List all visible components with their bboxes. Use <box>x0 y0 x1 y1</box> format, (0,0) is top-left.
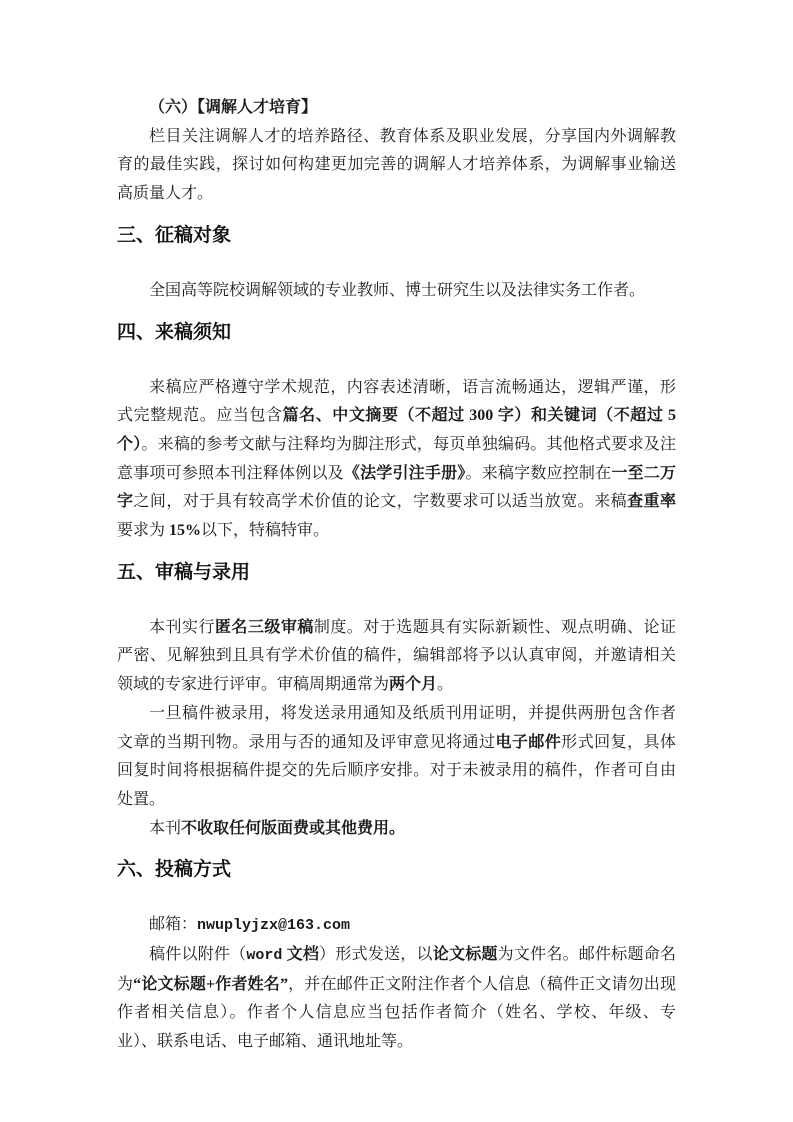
text-run: 查重率 <box>627 493 676 510</box>
paragraph-submission-instructions: 稿件以附件（word 文档）形式发送，以论文标题为文件名。邮件标题命名为“论文标… <box>117 941 676 1057</box>
text-run: 要求为 <box>117 522 169 539</box>
section-heading-how-to-submit: 六、投稿方式 <box>117 855 676 885</box>
text-run: 本刊 <box>149 820 181 837</box>
text-run: 之间，对于具有较高学术价值的论文，字数要求可以适当放宽。来稿 <box>133 493 627 510</box>
text-run: 电子邮件 <box>495 734 561 751</box>
section-heading-review-and-acceptance: 五、审稿与录用 <box>117 558 676 588</box>
text-run: 《法学引注手册》 <box>344 465 466 482</box>
paragraph-no-fees: 本刊不收取任何版面费或其他费用。 <box>117 815 676 844</box>
text-run: 两个月 <box>389 676 437 693</box>
text-run: 论文标题 <box>433 946 498 963</box>
paragraph-submission-notes: 来稿应严格遵守学术规范，内容表述清晰，语言流畅通达，逻辑严谨，形式完整规范。应当… <box>117 374 676 546</box>
text-run: 。 <box>437 676 453 693</box>
email-line: 邮箱：nwuplyjzx@163.com <box>117 911 676 941</box>
section-heading-submission-notes: 四、来稿须知 <box>117 318 676 348</box>
text-run: 邮箱： <box>149 916 197 933</box>
text-run: 不收取任何版面费或其他费用。 <box>181 820 405 837</box>
text-run: 15% <box>169 522 201 539</box>
text-run: ）形式发送，以 <box>319 946 433 963</box>
subsection-body-paragraph: 栏目关注调解人才的培养路径、教育体系及职业发展，分享国内外调解教育的最佳实践，探… <box>117 123 676 209</box>
text-run: 以下，特稿特审。 <box>201 522 329 539</box>
paragraph-acceptance-notice: 一旦稿件被录用，将发送录用通知及纸质刊用证明，并提供两册包含作者文章的当期刊物。… <box>117 700 676 815</box>
subsection-title: （六）【调解人才培育】 <box>117 94 676 123</box>
text-run: nwuplyjzx@163.com <box>197 917 350 934</box>
text-run: word <box>246 947 282 964</box>
text-run: 文档 <box>282 946 319 963</box>
text-run: “论文标题+作者姓名” <box>133 976 288 993</box>
text-run: 匿名三级审稿 <box>215 619 314 636</box>
subsection-title-text: （六）【调解人才培育】 <box>149 99 317 116</box>
document-page: （六）【调解人才培育】 栏目关注调解人才的培养路径、教育体系及职业发展，分享国内… <box>0 0 793 1122</box>
text-run: 。来稿字数应控制在 <box>466 465 612 482</box>
paragraph-targets: 全国高等院校调解领域的专业教师、博士研究生以及法律实务工作者。 <box>117 277 676 306</box>
paragraph-review-process: 本刊实行匿名三级审稿制度。对于选题具有实际新颖性、观点明确、论证严密、见解独到且… <box>117 614 676 700</box>
text-run: 稿件以附件（ <box>149 946 246 963</box>
text-run: 本刊实行 <box>149 619 215 636</box>
text-run: 全国高等院校调解领域的专业教师、博士研究生以及法律实务工作者。 <box>149 282 645 299</box>
section-heading-call-for-papers-targets: 三、征稿对象 <box>117 221 676 251</box>
